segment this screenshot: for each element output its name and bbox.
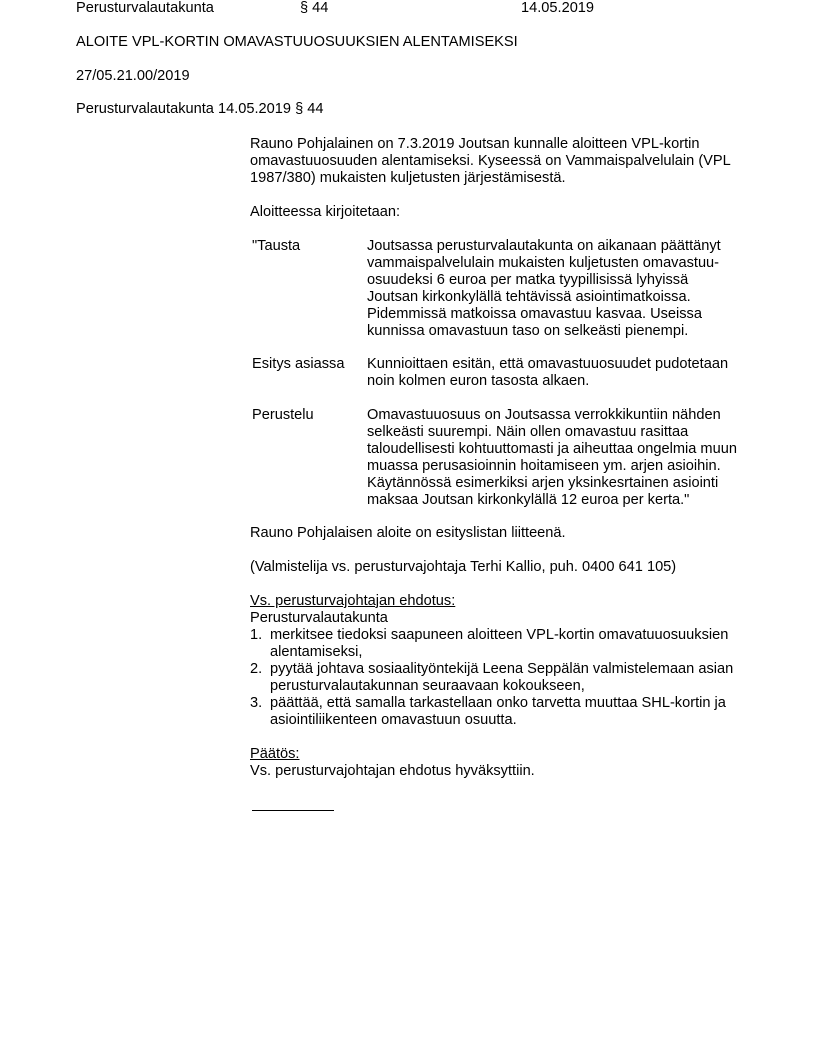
quote-intro: Aloitteessa kirjoitetaan: bbox=[250, 204, 740, 221]
intro-paragraph: Rauno Pohjalainen on 7.3.2019 Joutsan ku… bbox=[250, 136, 740, 187]
quote-text: Joutsassa perusturvalautakunta on aikana… bbox=[367, 238, 742, 340]
meeting-reference: Perusturvalautakunta 14.05.2019 § 44 bbox=[76, 101, 323, 118]
header-committee: Perusturvalautakunta bbox=[76, 0, 214, 17]
proposal-list: 1.merkitsee tiedoksi saapuneen aloitteen… bbox=[250, 627, 750, 729]
record-number: 27/05.21.00/2019 bbox=[76, 68, 190, 85]
list-item: 2.pyytää johtava sosiaalityöntekijä Leen… bbox=[250, 661, 750, 695]
signature-line bbox=[252, 810, 334, 811]
quote-text: Omavastuuosuus on Joutsassa verrokkikunt… bbox=[367, 407, 742, 509]
list-item: 3.päättää, että samalla tarkastellaan on… bbox=[250, 695, 750, 729]
header-date: 14.05.2019 bbox=[521, 0, 594, 17]
proposal-body: Perusturvalautakunta bbox=[250, 610, 740, 627]
quote-label: "Tausta bbox=[252, 238, 300, 255]
document-title: ALOITE VPL-KORTIN OMAVASTUUOSUUKSIEN ALE… bbox=[76, 34, 518, 51]
quote-text: Kunnioittaen esitän, että omavastuuosuud… bbox=[367, 356, 742, 390]
decision-text: Vs. perusturvajohtajan ehdotus hyväksytt… bbox=[250, 763, 740, 780]
quote-label: Perustelu bbox=[252, 407, 314, 424]
attachment-note: Rauno Pohjalaisen aloite on esityslistan… bbox=[250, 525, 740, 542]
decision-heading: Päätös: bbox=[250, 746, 740, 763]
quote-label: Esitys asiassa bbox=[252, 356, 344, 373]
preparer-note: (Valmistelija vs. perusturvajohtaja Terh… bbox=[250, 559, 740, 576]
proposal-heading: Vs. perusturvajohtajan ehdotus: bbox=[250, 593, 740, 610]
list-item: 1.merkitsee tiedoksi saapuneen aloitteen… bbox=[250, 627, 750, 661]
header-section: § 44 bbox=[300, 0, 328, 17]
